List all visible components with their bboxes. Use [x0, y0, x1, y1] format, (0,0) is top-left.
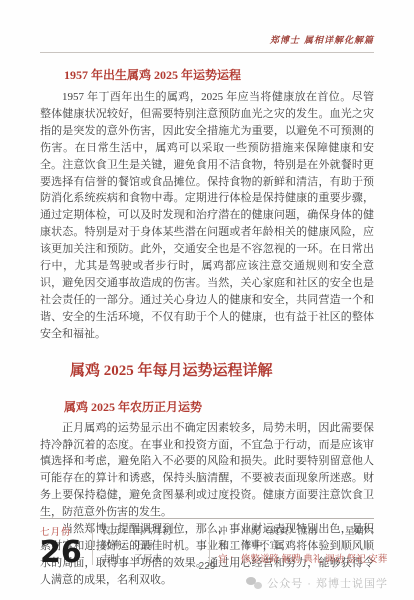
colon: ：: [228, 539, 242, 552]
section-title-1957: 1957 年出生属鸡 2025 年运势运程: [40, 66, 374, 83]
almanac-lunar-row: 农历： 闰六月初二: [101, 525, 209, 538]
almanac-divider-2: [209, 525, 210, 565]
watermark-text: 公众号 · 郑博士说国学: [267, 575, 388, 591]
page-content: 1957 年出生属鸡 2025 年运势运程 1957 年丁酉年出生的属鸡，202…: [40, 66, 374, 589]
page-number: 229: [0, 561, 414, 572]
chong-value: 冲虎（庚寅）煞南: [241, 525, 317, 538]
ji-value: 诸事不宜: [241, 539, 279, 552]
almanac-chong-row: 冲： 冲虎（庚寅）煞南 星期六: [218, 525, 387, 538]
colon: ：: [228, 525, 242, 538]
lunar-label: 农历: [101, 525, 120, 538]
book-page: 郑博士 属相详解化解篇 1957 年出生属鸡 2025 年运势运程 1957 年…: [0, 0, 414, 600]
ji-label: 忌: [218, 539, 228, 552]
caishen-label: 财神: [101, 539, 120, 552]
caishen-value: 正西: [134, 539, 153, 552]
almanac-caishen-row: 财神： 正西: [101, 539, 209, 552]
header-brand-text: 郑博士 属相详解化解篇: [270, 36, 374, 46]
almanac-ji-row: 忌： 诸事不宜: [218, 539, 387, 552]
chong-label: 冲: [218, 525, 228, 538]
wechat-watermark: 公众号 · 郑博士说国学: [246, 575, 388, 591]
wechat-icon: [246, 577, 262, 589]
weekday-label: 星期六: [345, 525, 388, 538]
colon: ：: [120, 539, 134, 552]
paragraph-1957: 1957 年丁酉年出生的属鸡，2025 年应当将健康放在首位。尽管整体健康状况较…: [40, 89, 374, 343]
section-title-monthly: 属鸡 2025 年每月运势运程详解: [40, 359, 374, 380]
lunar-value: 闰六月初二: [134, 525, 182, 538]
page-header: 郑博士 属相详解化解篇: [40, 30, 374, 53]
paragraph-first-month-1: 正月属鸡的运势显示出不确定因素较多，局势未明，因此需要保持冷静沉着的态度。在事业…: [40, 420, 374, 521]
colon: ：: [120, 525, 134, 538]
subsection-title-first-month: 属鸡 2025 年农历正月运势: [40, 398, 374, 415]
almanac-divider-1: [92, 525, 93, 565]
almanac-strip: 七月份 26 农历： 闰六月初二 财神： 正西 吉时： 子辰未 冲： 冲虎（庚寅…: [40, 518, 374, 567]
